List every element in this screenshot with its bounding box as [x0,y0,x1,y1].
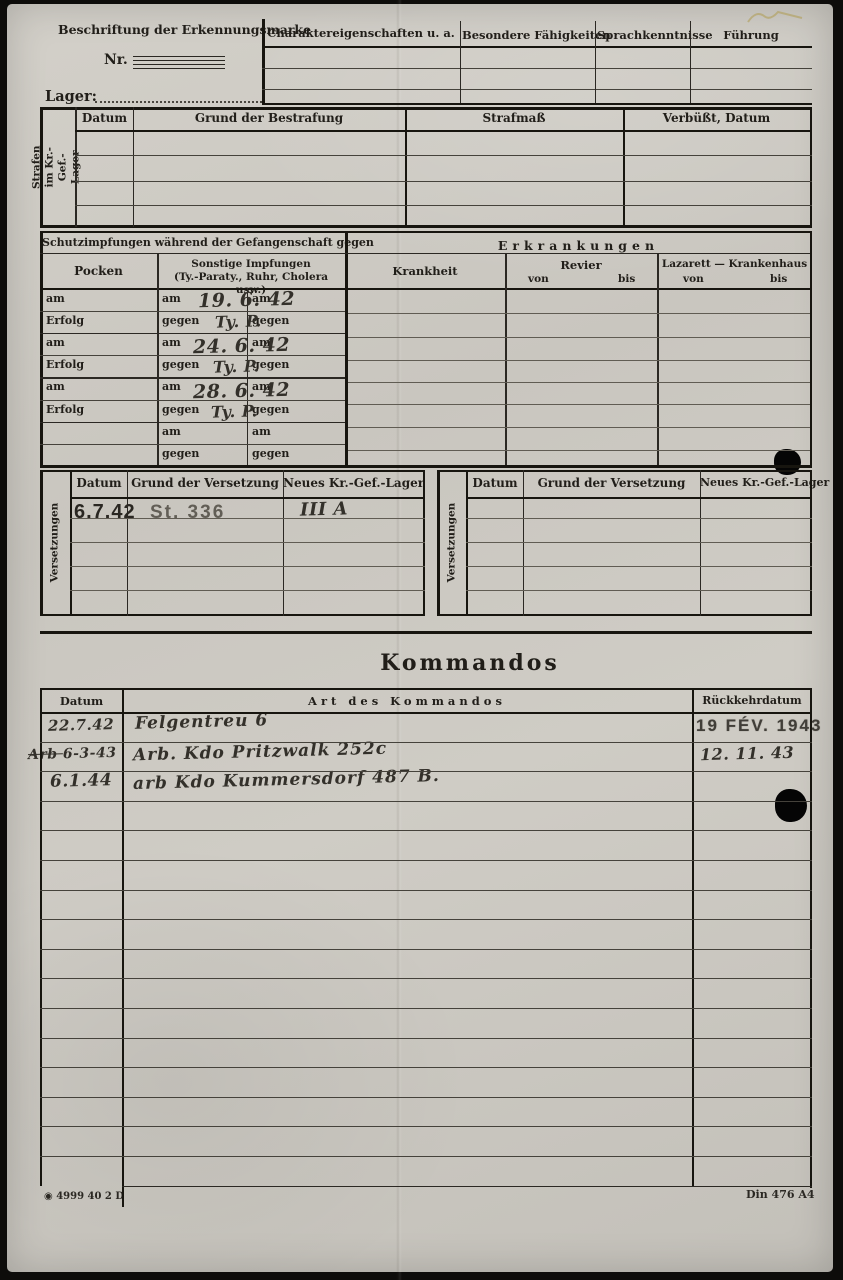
kommandos-col-rueckkehr: Rückkehrdatum [692,694,812,707]
kommando-entry-datum: 6.1.44 [50,770,113,792]
impf-handwritten-value: 28. 6. 42 [193,379,291,404]
rule-line [40,377,345,378]
impf-sonstige-label: gegen [162,403,199,416]
kommando-entry-rueckkehr: 12. 11. 43 [700,743,795,764]
rule-line [40,688,42,1186]
rule-line [40,801,812,802]
rule-line [40,978,812,979]
impf-handwritten-value: Ty. P. [211,401,258,421]
punch-hole-bottom [775,789,807,822]
printer-emblem-icon: ◉ [44,1191,53,1202]
rule-line [523,470,524,616]
rule-line [75,181,812,182]
rule-line [810,107,812,227]
rule-line [40,470,425,472]
vl-entry-grund: St. 336 [150,502,225,524]
vl-col-grund: Grund der Versetzung [127,476,283,490]
rule-line [40,225,812,228]
erkrankungen-col-lazarett: Lazarett — Krankenhaus [659,258,810,270]
rule-line [405,107,407,227]
rule-line [348,382,810,383]
rule-line [40,890,812,891]
strafen-side-label: Strafenim Kr.-Gef.-Lager [38,108,76,226]
rule-line [283,470,284,616]
rule-line [466,470,468,616]
rule-line [40,253,345,254]
rule-line [348,360,810,361]
revier-von: von [528,273,549,285]
rule-line [466,590,812,591]
rule-line [348,427,810,428]
rule-line [70,518,425,519]
lager-label: Lager: [45,88,97,105]
print-code: ◉ 4999 40 2 D [44,1191,124,1202]
erkennungsmarke-title: Beschriftung der Erkennungsmarke [58,22,253,37]
rule-line [40,231,43,466]
rule-line [810,470,812,616]
rule-line [40,860,812,861]
rule-line [75,107,77,227]
rule-line [40,614,425,616]
impf-sonstige-label: am [162,336,181,349]
impfungen-title: Schutzimpfungen während der Gefangenscha… [42,236,343,249]
vl-col-neues: Neues Kr.-Gef.-Lager [283,476,423,490]
rule-line [460,21,461,105]
lazarett-bis: bis [770,273,787,285]
rule-line [40,444,345,445]
din-code: Din 476 A4 [746,1188,815,1201]
rule-line [466,518,812,519]
rule-line [40,771,812,772]
rule-line [40,311,345,312]
versetzungen-right-side-label: Versetzungen [435,472,468,614]
rule-line [40,107,43,227]
rule-line [348,313,810,314]
rule-line [40,1067,812,1068]
vr-col-datum: Datum [467,476,523,490]
rule-line [40,830,812,831]
rule-line [810,688,812,1188]
strafen-col-datum: Datum [76,111,133,125]
strafen-col-grund: Grund der Bestrafung [133,111,405,125]
rule-line [595,21,596,105]
rule-line [40,742,812,743]
rule-line [345,253,810,254]
versetzungen-left-side-label: Versetzungen [38,472,72,614]
col-charakter: Charaktereigenschaften u. a. [266,26,456,40]
rule-line [262,19,265,105]
nr-ruled-lines [133,56,225,72]
rule-line [437,470,812,472]
rule-line [40,712,812,714]
col-faehigkeiten: Besondere Fähigkeiten [462,28,593,42]
rule-line [40,688,812,690]
impf-sonstige-label: am [162,425,181,438]
kommando-entry-art: arb Kdo Kummersdorf 487 B. [133,766,440,794]
kommando-entry-art: Arb. Kdo Pritzwalk 252c [133,739,388,766]
rule-line [40,470,43,616]
rule-line [40,107,812,110]
rule-line [40,1126,812,1127]
rule-line [262,89,812,90]
rule-line [810,231,812,466]
rule-line [40,949,812,950]
strafen-col-strafmass: Strafmaß [405,111,623,125]
rule-line [466,542,812,543]
rule-line [40,422,345,423]
lazarett-von: von [683,273,704,285]
rule-line [40,1156,812,1157]
col-fuehrung: Führung [692,28,810,42]
erkrankungen-title: Erkrankungen [347,238,810,253]
rule-line [75,130,812,132]
rule-line [40,1038,812,1039]
rule-line [133,107,134,227]
rule-line [466,566,812,567]
rule-line [345,231,348,466]
erkrankungen-col-krankheit: Krankheit [347,264,503,278]
impf-pocken-label: Erfolg [46,358,84,371]
rule-line [262,103,812,105]
erkrankungen-col-revier: Revier [507,258,655,272]
impf-handwritten-value: Ty. P. [213,356,260,376]
impf-sonstige2-label: gegen [252,447,289,460]
rule-line [437,614,812,616]
vr-col-neues: Neues Kr.-Gef.-Lager [700,476,812,489]
nr-label: Nr. [104,52,128,68]
rule-line [40,333,345,334]
rule-line [122,688,124,1207]
impf-sonstige-label: gegen [162,314,199,327]
impf-sonstige-label: am [162,380,181,393]
kommandos-col-datum: Datum [41,694,122,708]
rule-line [437,470,440,616]
rule-line [348,404,810,405]
rule-line [692,688,694,1186]
impf-sonstige-label: am [162,292,181,305]
impf-handwritten-value: 19. 6. 42 [198,288,296,313]
rule-line [40,631,812,634]
rule-line [700,470,701,616]
rule-line [70,470,72,616]
kommandos-title: Kommandos [320,650,620,676]
strafen-col-verbuesst: Verbüßt, Datum [623,111,810,125]
scanned-pow-record-card: Beschriftung der Erkennungsmarke Nr. Lag… [0,0,843,1280]
rule-line [75,205,812,206]
rule-line [40,288,812,290]
rule-line [70,542,425,543]
impf-handwritten-value: Ty. P. [215,311,262,331]
rule-line [157,253,159,466]
impfungen-col-pocken: Pocken [42,264,155,278]
rule-line [70,566,425,567]
vl-col-datum: Datum [71,476,127,490]
rule-line [127,470,128,616]
rule-line [70,497,425,499]
rule-line [262,68,812,69]
rule-line [423,470,425,616]
rule-line [40,1097,812,1098]
impf-pocken-label: am [46,380,65,393]
rule-line [348,337,810,338]
impf-pocken-label: am [46,336,65,349]
kommandos-col-art: Art des Kommandos [122,694,692,708]
rule-line [122,1186,812,1187]
kommando-entry-datum: 22.7.42 [48,715,115,735]
impf-pocken-label: Erfolg [46,403,84,416]
rule-line [75,155,812,156]
rule-line [262,46,812,48]
impf-handwritten-value: 24. 6. 42 [193,334,291,359]
impf-sonstige-label: gegen [162,358,199,371]
lager-dotted-line [95,101,262,103]
revier-bis: bis [618,273,635,285]
rule-line [466,497,812,499]
col-sprachkenntnisse: Sprachkenntnisse [597,28,688,42]
rule-line [40,919,812,920]
rule-line [348,450,810,451]
rule-line [40,1008,812,1009]
kommando-entry-rueckkehr-stamp: 19 FÉV. 1943 [696,716,822,736]
impf-pocken-label: Erfolg [46,314,84,327]
rule-line [40,231,812,233]
rule-line [690,21,691,105]
vr-col-grund: Grund der Versetzung [523,476,700,490]
impf-sonstige-label: gegen [162,447,199,460]
impf-sonstige2-label: am [252,425,271,438]
rule-line [40,465,812,468]
impf-pocken-label: am [46,292,65,305]
rule-line [623,107,625,227]
rule-line [70,590,425,591]
